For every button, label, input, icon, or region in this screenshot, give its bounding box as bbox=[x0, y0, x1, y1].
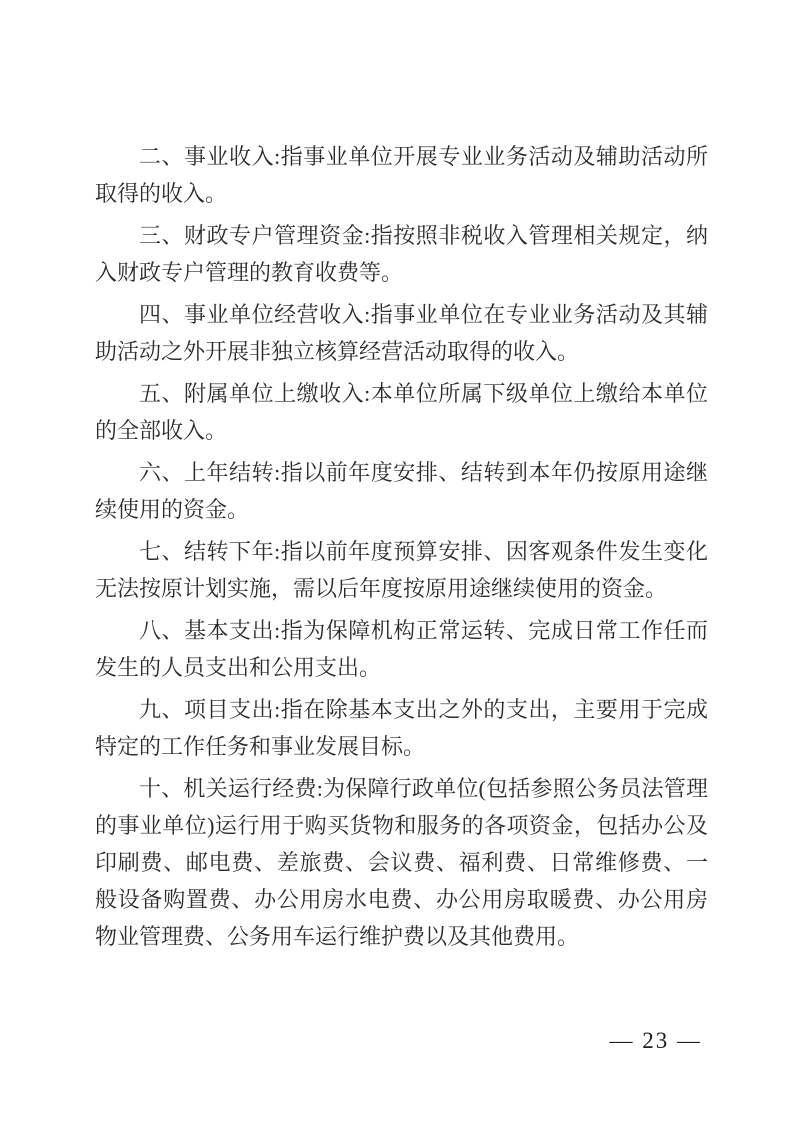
paragraph-subordinate-unit-remittance: 五、附属单位上缴收入:本单位所属下级单位上缴给本单位的全部收入。 bbox=[95, 375, 708, 449]
paragraph-project-expenditure: 九、项目支出:指在除基本支出之外的支出，主要用于完成特定的工作任务和事业发展目标… bbox=[95, 691, 708, 765]
paragraph-agency-operating-expenses: 十、机关运行经费:为保障行政单位(包括参照公务员法管理的事业单位)运行用于购买货… bbox=[95, 770, 708, 955]
paragraph-basic-expenditure: 八、基本支出:指为保障机构正常运转、完成日常工作任而发生的人员支出和公用支出。 bbox=[95, 612, 708, 686]
page-number: — 23 — bbox=[610, 1028, 703, 1054]
document-page: 二、事业收入:指事业单位开展专业业务活动及辅助活动所取得的收入。 三、财政专户管… bbox=[0, 0, 793, 1122]
paragraph-fiscal-special-account-funds: 三、财政专户管理资金:指按照非税收入管理相关规定，纳入财政专户管理的教育收费等。 bbox=[95, 217, 708, 291]
document-body: 二、事业收入:指事业单位开展专业业务活动及辅助活动所取得的收入。 三、财政专户管… bbox=[95, 138, 708, 955]
paragraph-business-income: 二、事业收入:指事业单位开展专业业务活动及辅助活动所取得的收入。 bbox=[95, 138, 708, 212]
paragraph-carryover-to-next-year: 七、结转下年:指以前年度预算安排、因客观条件发生变化无法按原计划实施，需以后年度… bbox=[95, 533, 708, 607]
paragraph-operating-income: 四、事业单位经营收入:指事业单位在专业业务活动及其辅助活动之外开展非独立核算经营… bbox=[95, 296, 708, 370]
paragraph-carryover-from-previous-year: 六、上年结转:指以前年度安排、结转到本年仍按原用途继续使用的资金。 bbox=[95, 454, 708, 528]
